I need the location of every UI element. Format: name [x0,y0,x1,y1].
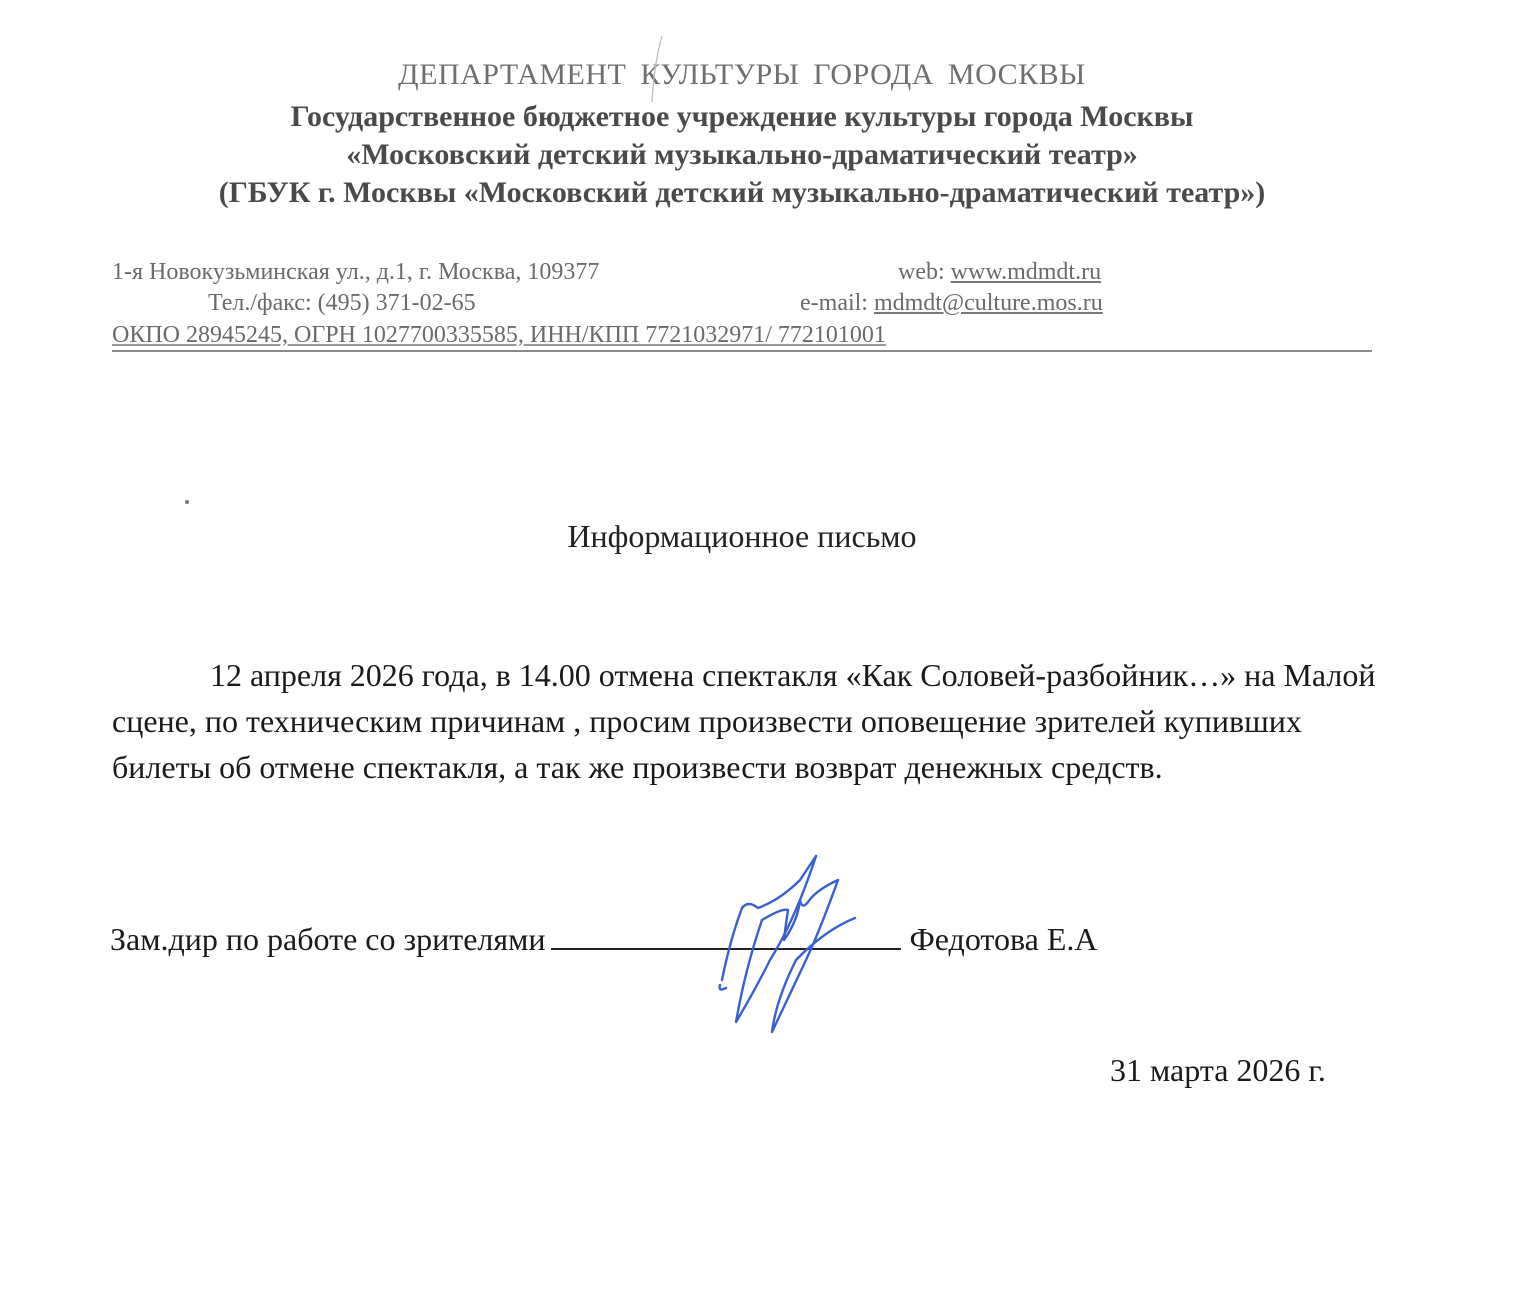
signature-row: Зам.дир по работе со зрителямиФедотова Е… [110,918,1098,958]
email-label: e-mail: [800,290,868,316]
web-label: web: [898,259,945,285]
email-link[interactable]: mdmdt@culture.mos.ru [874,290,1103,316]
organization-short-name: (ГБУК г. Москвы «Московский детский музы… [0,176,1484,210]
scan-artifact-mark [640,34,670,104]
signer-position: Зам.дир по работе со зрителями [110,921,545,957]
phone-label: Тел./факс: [208,290,312,316]
registration-numbers: ОКПО 28945245, ОГРН 1027700335585, ИНН/К… [112,322,886,348]
document-title: Информационное письмо [0,518,1484,555]
web-link[interactable]: www.mdmdt.ru [951,259,1101,285]
phone-line: Тел./факс: (495) 371-02-65 [208,290,476,317]
signer-name: Федотова Е.А [909,921,1097,957]
theatre-name: «Московский детский музыкально-драматиче… [0,138,1484,172]
web-line: web: www.mdmdt.ru [898,259,1101,286]
body-paragraph: 12 апреля 2026 года, в 14.00 отмена спек… [112,652,1382,790]
department-heading: ДЕПАРТАМЕНТ КУЛЬТУРЫ ГОРОДА МОСКВЫ [0,58,1484,92]
registration-line: ОКПО 28945245, ОГРН 1027700335585, ИНН/К… [112,322,1372,352]
document-date: 31 марта 2026 г. [1110,1052,1326,1089]
phone-number: (495) 371-02-65 [318,290,476,316]
organization-name: Государственное бюджетное учреждение кул… [0,100,1484,134]
scan-speck [185,500,189,504]
letter-body: 12 апреля 2026 года, в 14.00 отмена спек… [112,652,1382,790]
handwritten-signature [700,850,880,1040]
address: 1-я Новокузьминская ул., д.1, г. Москва,… [112,259,599,286]
email-line: e-mail: mdmdt@culture.mos.ru [800,290,1103,317]
